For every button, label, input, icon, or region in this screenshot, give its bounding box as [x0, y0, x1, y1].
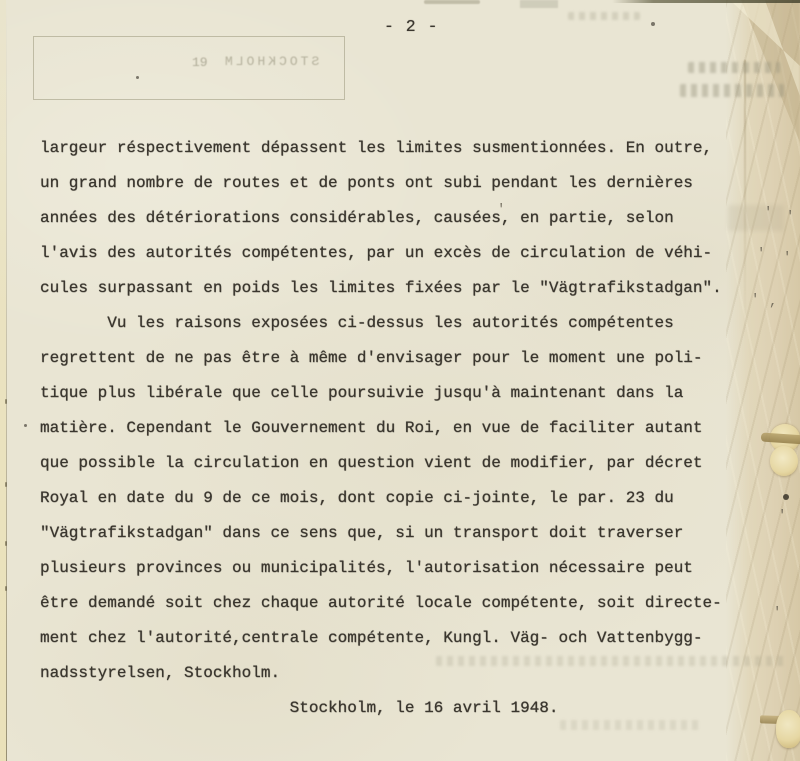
typed-line: années des détériorations considérables,…: [40, 201, 722, 236]
typed-line: plusieurs provinces ou municipalités, l'…: [40, 551, 722, 586]
dust-speck: [24, 424, 27, 427]
typed-line: cules surpassant en poids les limites fi…: [40, 271, 722, 306]
stray-typewriter-mark: ,: [769, 294, 777, 310]
typed-line: Vu les raisons exposées ci-dessus les au…: [40, 306, 722, 341]
typed-line: Royal en date du 9 de ce mois, dont copi…: [40, 481, 722, 516]
typed-line: tique plus libérale que celle poursuivie…: [40, 376, 722, 411]
bleedthrough-stamp-box: 19 STOCKHOLM: [33, 36, 345, 100]
bleedthrough-city-mirrored: STOCKHOLM: [222, 54, 319, 69]
page-number: - 2 -: [384, 17, 439, 36]
brass-fastener-bottom: [760, 708, 800, 752]
typed-line: être demandé soit chez chaque autorité l…: [40, 586, 722, 621]
stray-typewriter-mark: ': [786, 209, 794, 225]
fastener-head-icon: [770, 424, 800, 452]
scanned-document-page: 19 STOCKHOLM - 2 - largeur réspectivemen…: [0, 0, 800, 761]
scan-smudge: [424, 0, 480, 4]
stray-typewriter-mark: ': [757, 246, 765, 262]
stray-typewriter-mark: ': [497, 202, 505, 218]
stray-typewriter-mark: ': [783, 250, 791, 266]
stray-typewriter-mark: ': [764, 205, 772, 221]
typed-line: nadsstyrelsen, Stockholm.: [40, 656, 722, 691]
left-paper-edge-line: [6, 0, 7, 761]
fastener-head-icon: [770, 446, 798, 476]
dust-speck: [136, 76, 139, 79]
fastener-band-icon: [761, 432, 800, 444]
typed-line: un grand nombre de routes et de ponts on…: [40, 166, 722, 201]
typed-body: largeur réspectivement dépassent les lim…: [40, 131, 722, 726]
typed-line: regrettent de ne pas être à même d'envis…: [40, 341, 722, 376]
ink-dot: [783, 494, 789, 500]
scan-top-edge: [612, 0, 800, 3]
crumpled-right-edge: [726, 0, 800, 761]
vertical-crease: [744, 60, 746, 340]
bleedthrough-year: 19: [192, 55, 208, 70]
edge-tick-mark: [5, 541, 7, 546]
typed-line: "Vägtrafikstadgan" dans ce sens que, si …: [40, 516, 722, 551]
stray-typewriter-mark: ': [751, 292, 759, 308]
edge-tick-mark: [5, 399, 7, 404]
corner-crease-highlight: [722, 0, 800, 120]
bleedthrough-smudge: [680, 84, 784, 97]
typed-line: matière. Cependant le Gouvernement du Ro…: [40, 411, 722, 446]
scan-smudge: [520, 0, 558, 8]
corner-crease-shadow: [718, 0, 800, 150]
fastener-band-icon: [760, 715, 800, 724]
bleedthrough-smudge: [568, 12, 640, 20]
typed-line: largeur réspectivement dépassent les lim…: [40, 131, 722, 166]
fastener-head-icon: [776, 710, 800, 748]
dust-speck: [651, 22, 655, 26]
bleedthrough-smudge: [688, 62, 780, 73]
typed-line: Stockholm, le 16 avril 1948.: [40, 691, 722, 726]
typed-line: l'avis des autorités compétentes, par un…: [40, 236, 722, 271]
typed-line: ment chez l'autorité,centrale compétente…: [40, 621, 722, 656]
edge-tick-mark: [5, 482, 7, 487]
stray-typewriter-mark: ': [778, 508, 786, 524]
bleedthrough-smudge: [728, 205, 784, 231]
typed-line: que possible la circulation en question …: [40, 446, 722, 481]
stray-typewriter-mark: ': [773, 605, 781, 621]
edge-tick-mark: [5, 586, 7, 591]
brass-fastener-top: [766, 424, 800, 478]
